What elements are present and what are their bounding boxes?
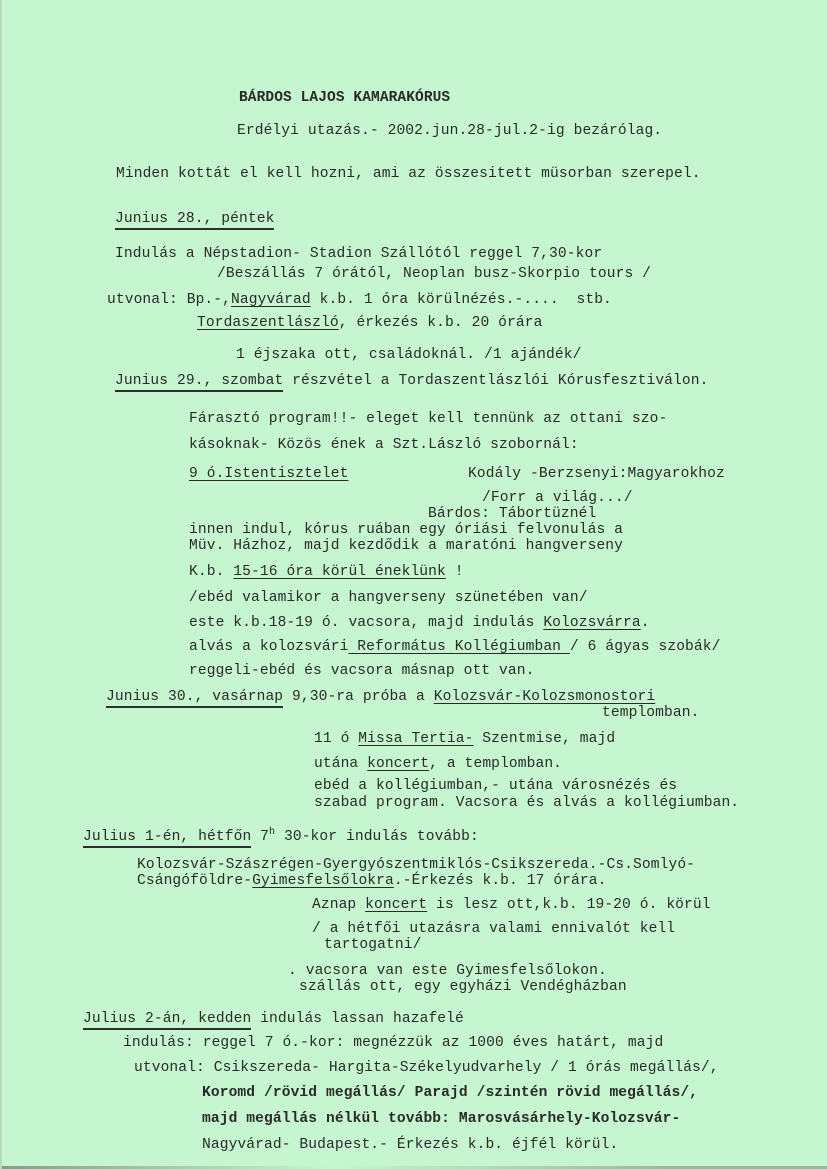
day-heading-july-1: Julius 1-én, hétfőn 7h 30-kor indulás to… [83, 828, 479, 846]
text-line: Kodály -Berzsenyi:Magyarokhoz [468, 465, 725, 483]
text-line: utvonal: Bp.-,Nagyvárad k.b. 1 óra körül… [107, 291, 612, 309]
text-line: 1 éjszaka ott, családoknál. /1 ajándék/ [236, 346, 581, 364]
text-line: alvás a kolozsvári Református Kollégiumb… [189, 638, 721, 656]
text-line: este k.b.18-19 ó. vacsora, majd indulás … [189, 614, 650, 632]
text-line: utvonal: Csikszereda- Hargita-Székelyudv… [134, 1059, 719, 1077]
text-line: Indulás a Népstadion- Stadion Szállótól … [115, 245, 602, 263]
text-line: szabad program. Vacsora és alvás a kollé… [314, 794, 739, 812]
text-line: Aznap koncert is lesz ott,k.b. 19-20 ó. … [312, 896, 711, 914]
text-line: templomban. [602, 704, 699, 722]
text-line: kásoknak- Közös ének a Szt.László szobor… [189, 436, 579, 454]
text-line: szállás ott, egy egyházi Vendégházban [299, 978, 627, 996]
text-line: Koromd /rövid megállás/ Parajd /szintén … [202, 1084, 698, 1102]
text-line: Müv. Házhoz, majd kezdődik a maratóni ha… [189, 537, 623, 555]
text-line: Csángóföldre-Gyimesfelsőlokra.-Érkezés k… [137, 872, 606, 890]
text-line: 11 ó Missa Tertia- Szentmise, majd [314, 730, 615, 748]
text-line: K.b. 15-16 óra körül éneklünk ! [189, 563, 464, 581]
text-line: ebéd a kollégiumban,- utána városnézés é… [314, 777, 677, 795]
text-line: reggeli-ebéd és vacsora másnap ott van. [189, 662, 534, 680]
text-line: 9 ó.Istentisztelet [189, 465, 348, 483]
text-line: majd megállás nélkül tovább: Marosvásárh… [202, 1110, 680, 1128]
intro-text: Minden kottát el kell hozni, ami az össz… [116, 165, 701, 183]
day-heading-june-29: Junius 29., szombat részvétel a Tordasze… [115, 372, 708, 390]
text-line: /ebéd valamikor a hangverseny szünetében… [189, 589, 588, 607]
day-heading-june-28: Junius 28., péntek [115, 210, 274, 228]
document-title: BÁRDOS LAJOS KAMARAKÓRUS [239, 89, 450, 107]
text-line: Tordaszentlászló, érkezés k.b. 20 órára [197, 314, 542, 332]
text-line: Nagyvárad- Budapest.- Érkezés k.b. éjfél… [202, 1136, 618, 1154]
text-line: utána koncert, a templomban. [314, 755, 562, 773]
text-line: indulás: reggel 7 ó.-kor: megnézzük az 1… [123, 1034, 663, 1052]
day-heading-june-30: Junius 30., vasárnap 9,30-ra próba a Kol… [106, 688, 655, 706]
document-page: BÁRDOS LAJOS KAMARAKÓRUS Erdélyi utazás.… [0, 0, 827, 1169]
text-line: tartogatni/ [324, 936, 421, 954]
text-line: Fárasztó program!!- eleget kell tennünk … [189, 410, 667, 428]
document-subtitle: Erdélyi utazás.- 2002.jun.28-jul.2-ig be… [237, 122, 662, 140]
day-heading-july-2: Julius 2-án, kedden indulás lassan hazaf… [83, 1010, 464, 1028]
text-line: /Beszállás 7 órától, Neoplan busz-Skorpi… [217, 265, 651, 283]
